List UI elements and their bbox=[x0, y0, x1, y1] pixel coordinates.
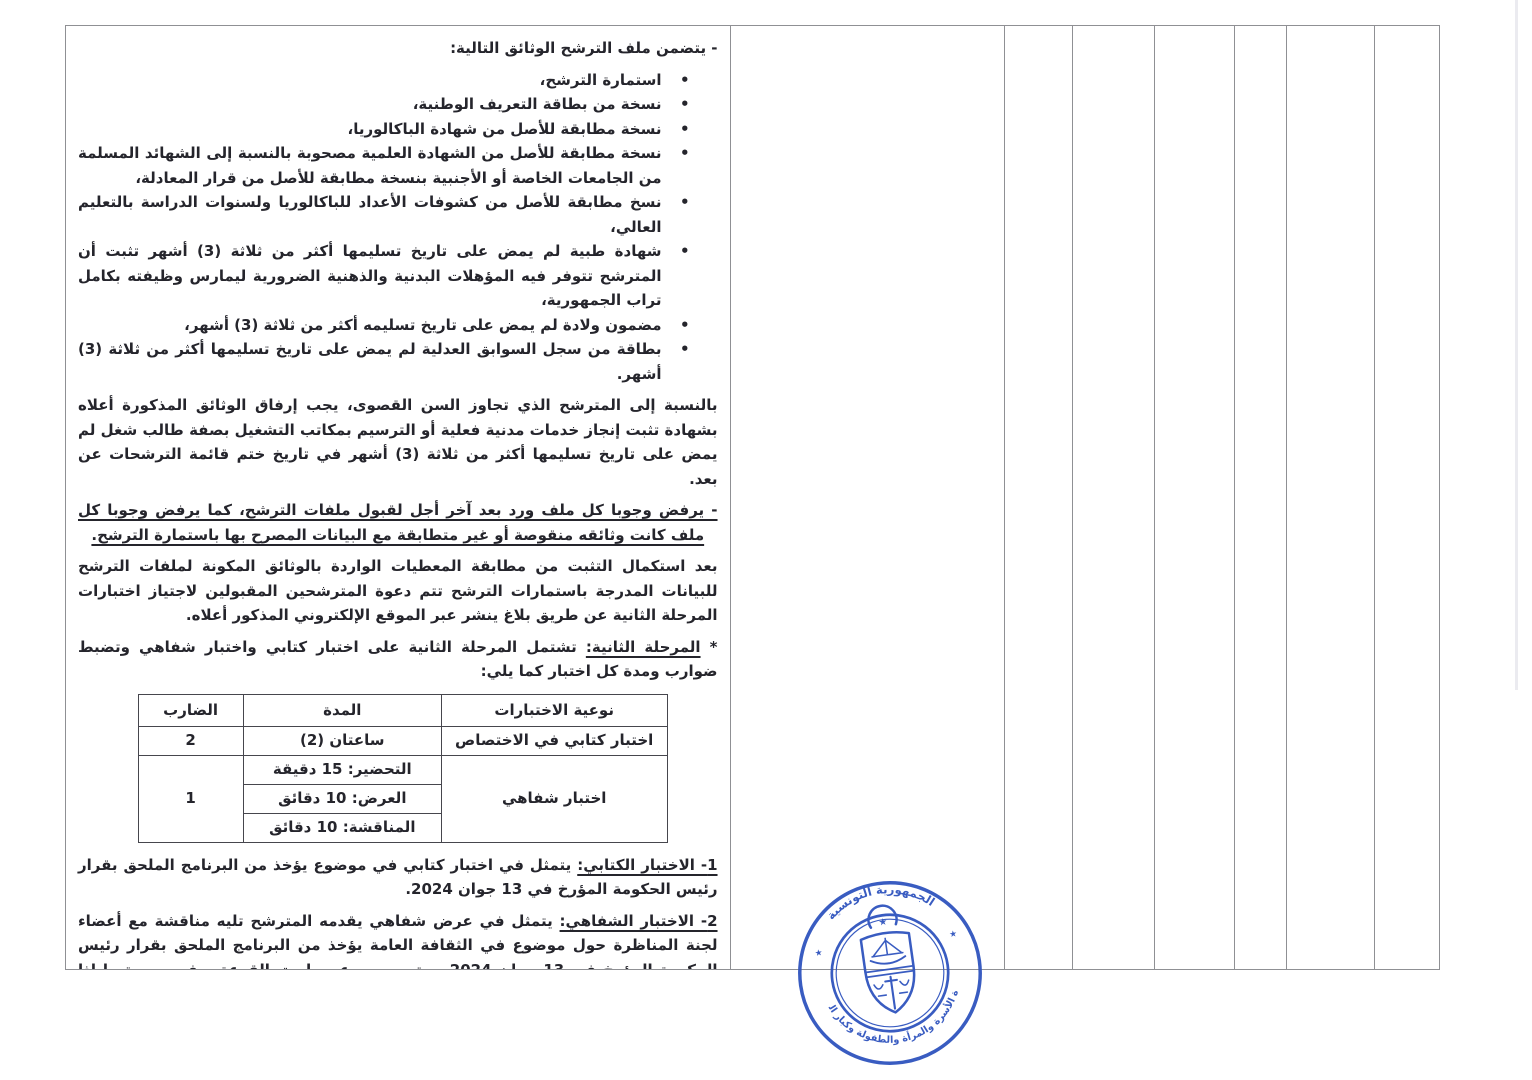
paragraph-rejection-rule: - يرفض وجوبا كل ملف ورد بعد آخر أجل لقبو… bbox=[78, 498, 718, 547]
written-exam-type: اختبار كتابي في الاختصاص bbox=[441, 726, 667, 755]
exam-table-header-row: نوعية الاختبارات المدة الضارب bbox=[138, 694, 667, 726]
ministry-stamp: الجمهورية التونسية وزارة الأسرة والمرأة … bbox=[780, 863, 999, 1080]
ship-mast-icon bbox=[870, 936, 903, 957]
ship-hull-icon bbox=[871, 956, 906, 966]
star-icon: ★ bbox=[878, 916, 888, 928]
list-item: بطاقة من سجل السوابق العدلية لم يمض على … bbox=[78, 337, 718, 386]
empty-column bbox=[731, 26, 1006, 969]
table-row-written-exam: اختبار كتابي في الاختصاص ساعتان (2) 2 bbox=[138, 726, 667, 755]
scan-artifact bbox=[1515, 0, 1518, 690]
list-item: نسخ مطابقة للأصل من كشوفات الأعداد للباك… bbox=[78, 190, 718, 239]
exam-table: نوعية الاختبارات المدة الضارب اختبار كتا… bbox=[138, 694, 668, 843]
text-column: - يتضمن ملف الترشح الوثائق التالية: استم… bbox=[66, 26, 731, 969]
intro-line: - يتضمن ملف الترشح الوثائق التالية: bbox=[78, 36, 718, 61]
column-header-coefficient: الضارب bbox=[138, 694, 243, 726]
page: - يتضمن ملف الترشح الوثائق التالية: استم… bbox=[0, 0, 1532, 1080]
oral-exam-duration-preparation: التحضير: 15 دقيقة bbox=[243, 755, 441, 784]
document-grid: - يتضمن ملف الترشح الوثائق التالية: استم… bbox=[65, 25, 1440, 970]
stage2-star: * bbox=[710, 638, 718, 656]
empty-column bbox=[1375, 26, 1439, 969]
empty-column bbox=[1073, 26, 1155, 969]
paragraph-written-exam: 1- الاختبار الكتابي: يتمثل في اختبار كتا… bbox=[78, 853, 718, 902]
oral-exam-coefficient: 1 bbox=[138, 755, 243, 842]
empty-column bbox=[1287, 26, 1375, 969]
list-item: نسخة من بطاقة التعريف الوطنية، bbox=[78, 92, 718, 117]
list-item: شهادة طبية لم يمض على تاريخ تسليمها أكثر… bbox=[78, 239, 718, 313]
written-exam-label: 1- الاختبار الكتابي: bbox=[577, 856, 717, 874]
list-item: نسخة مطابقة للأصل من الشهادة العلمية مصح… bbox=[78, 141, 718, 190]
paragraph-age-limit: بالنسبة إلى المترشح الذي تجاوز السن القص… bbox=[78, 393, 718, 491]
list-item: نسخة مطابقة للأصل من شهادة الباكالوريا، bbox=[78, 117, 718, 142]
list-item: استمارة الترشح، bbox=[78, 68, 718, 93]
empty-column bbox=[1005, 26, 1073, 969]
paragraph-stage2: * المرحلة الثانية: تشتمل المرحلة الثانية… bbox=[78, 635, 718, 684]
empty-column bbox=[1235, 26, 1287, 969]
column-header-exam-type: نوعية الاختبارات bbox=[441, 694, 667, 726]
oral-exam-label: 2- الاختبار الشفاهي: bbox=[560, 912, 718, 930]
paragraph-oral-exam: 2- الاختبار الشفاهي: يتمثل في عرض شفاهي … bbox=[78, 909, 718, 970]
empty-column bbox=[1155, 26, 1235, 969]
stage2-label: المرحلة الثانية: bbox=[586, 638, 701, 656]
star-icon: ★ bbox=[949, 929, 958, 940]
oral-exam-type: اختبار شفاهي bbox=[441, 755, 667, 842]
oral-exam-duration-discussion: المناقشة: 10 دقائق bbox=[243, 813, 441, 842]
list-item: مضمون ولادة لم يمض على تاريخ تسليمه أكثر… bbox=[78, 313, 718, 338]
shield-band-icon bbox=[865, 966, 914, 978]
paragraph-verification: بعد استكمال التثبت من مطابقة المعطيات ال… bbox=[78, 554, 718, 628]
star-icon: ★ bbox=[814, 948, 823, 959]
written-exam-coefficient: 2 bbox=[138, 726, 243, 755]
written-exam-duration: ساعتان (2) bbox=[243, 726, 441, 755]
oral-exam-duration-presentation: العرض: 10 دقائق bbox=[243, 784, 441, 813]
sword-icon bbox=[885, 976, 901, 1009]
column-header-duration: المدة bbox=[243, 694, 441, 726]
table-row-oral-exam: اختبار شفاهي التحضير: 15 دقيقة 1 bbox=[138, 755, 667, 784]
stamp-inner-ring2-icon bbox=[829, 912, 951, 1034]
documents-list: استمارة الترشح، نسخة من بطاقة التعريف ال… bbox=[78, 68, 718, 387]
